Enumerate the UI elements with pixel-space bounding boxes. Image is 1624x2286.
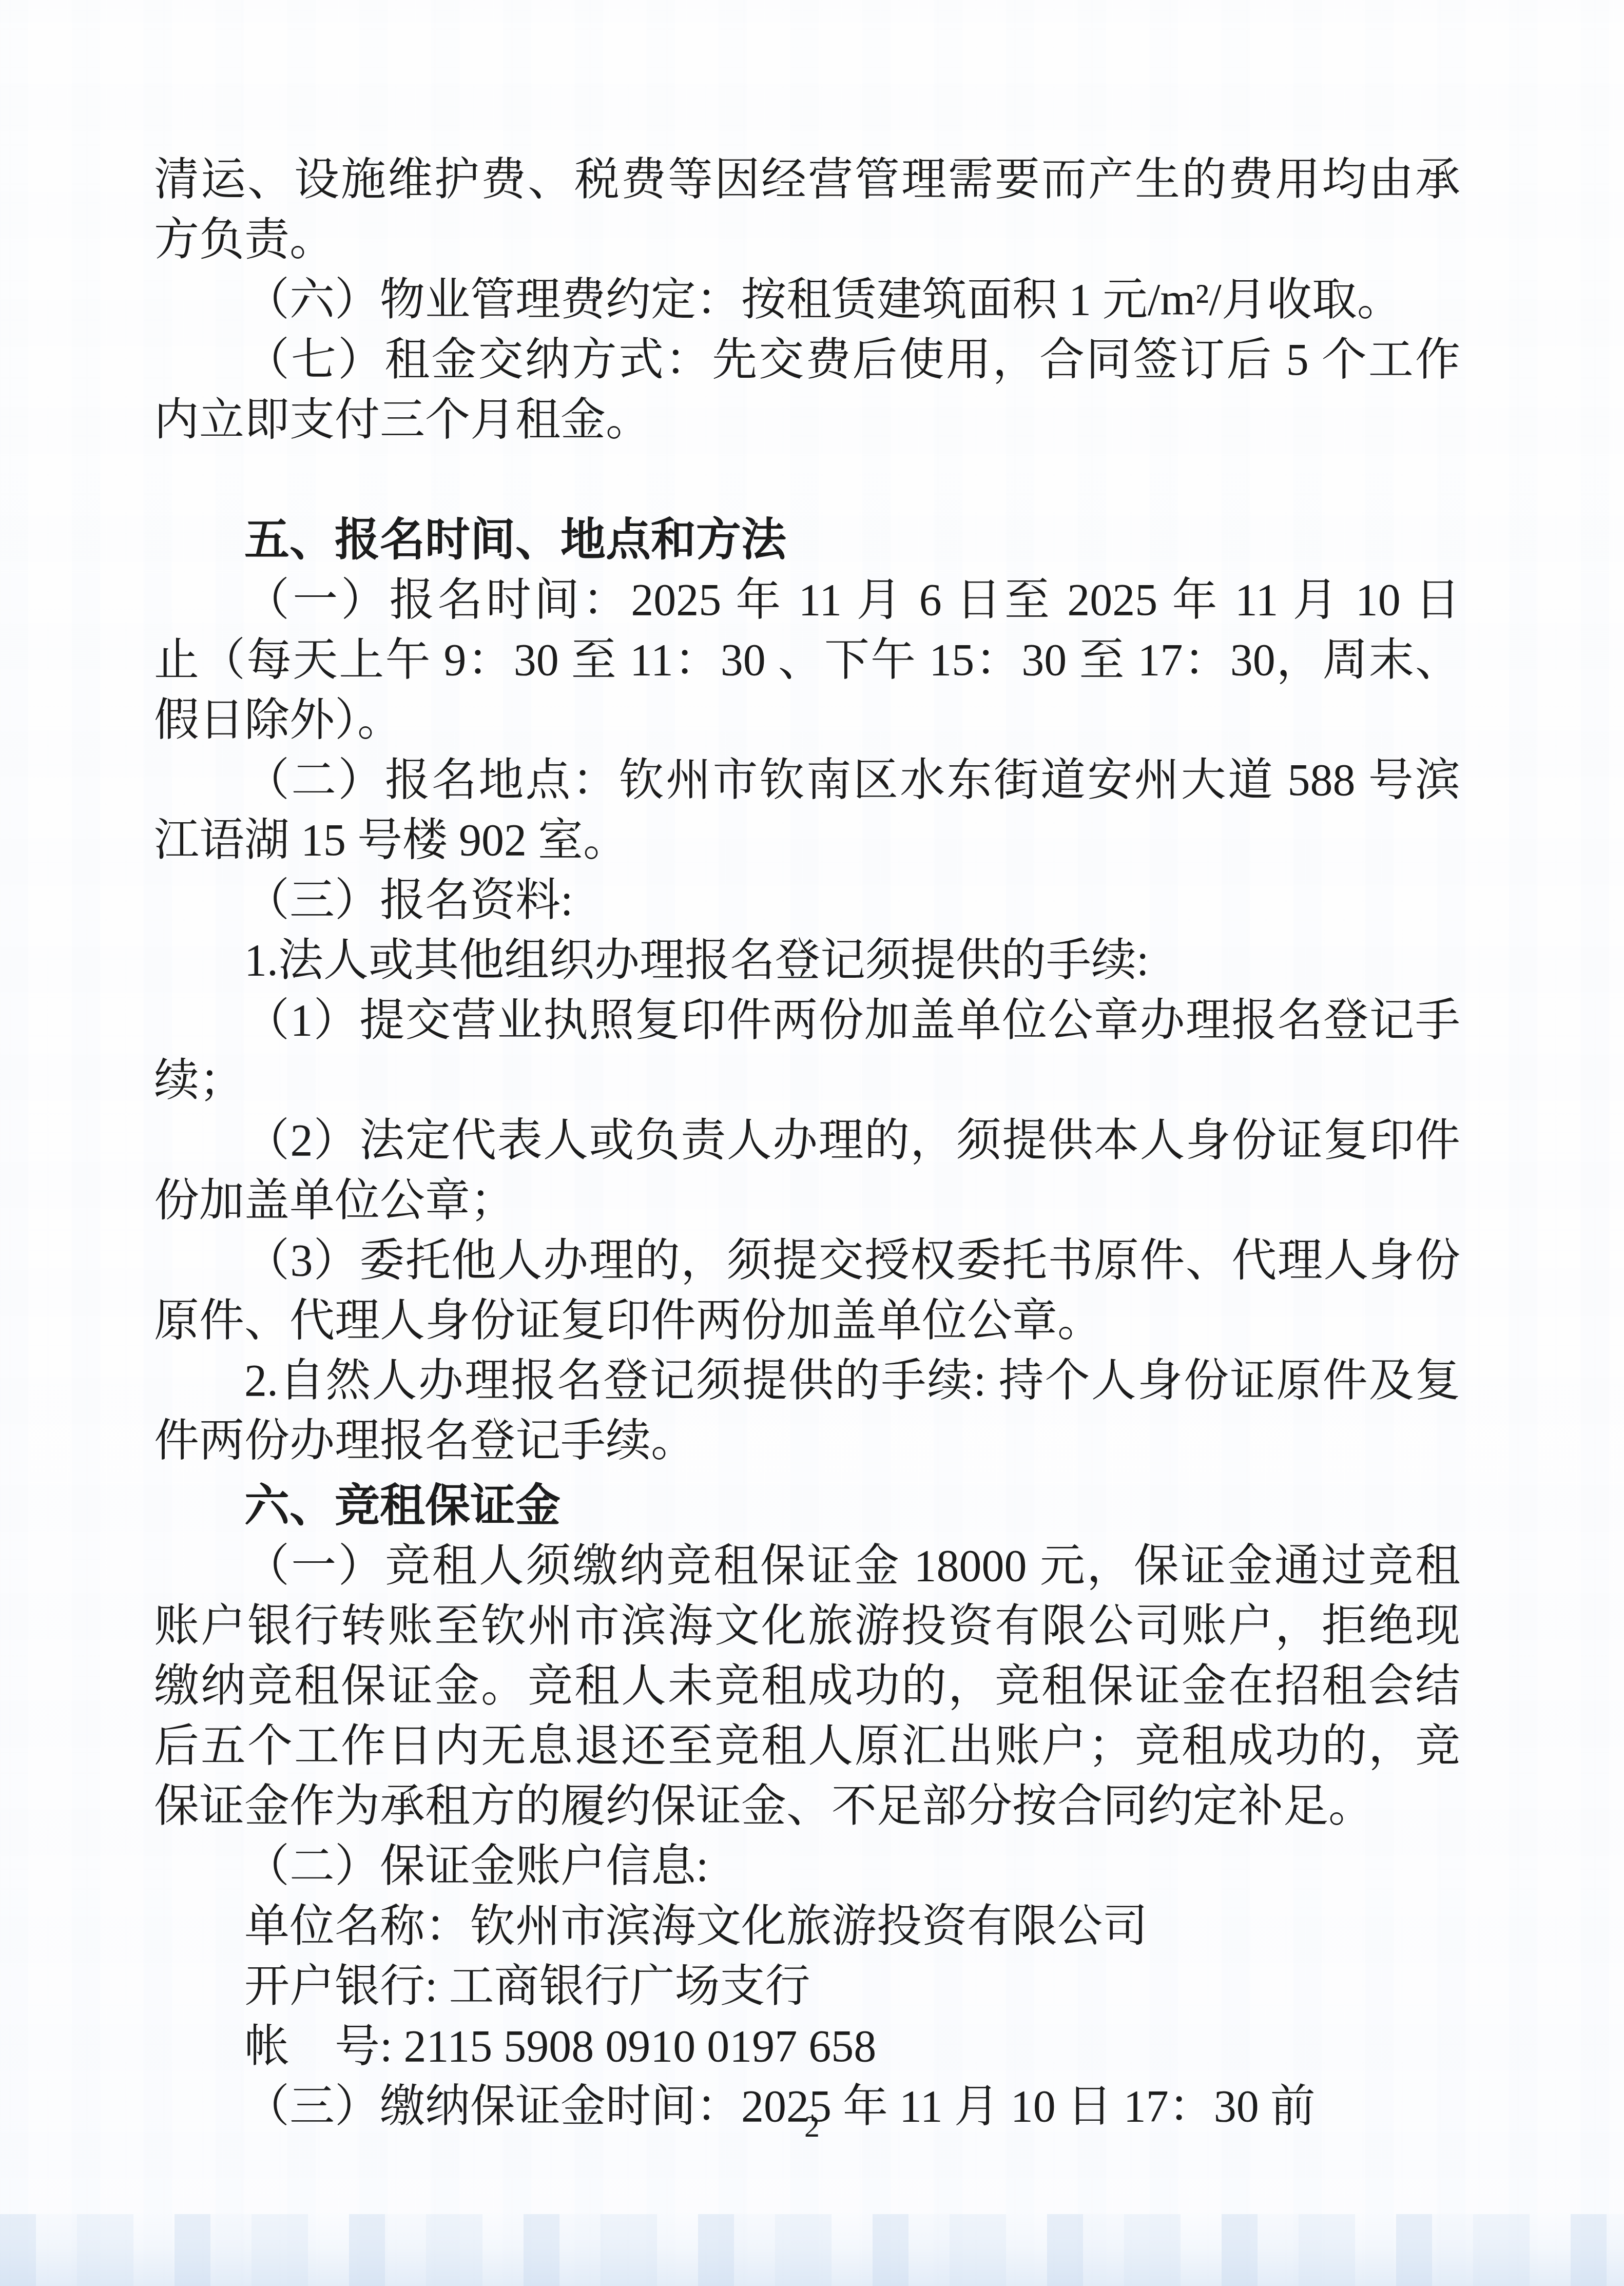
text-line: 止（每天上午 9：30 至 11：30 、下午 15：30 至 17：30，周末… (154, 630, 1460, 690)
text-line: 原件、代理人身份证复印件两份加盖单位公章。 (154, 1291, 1460, 1351)
text-line: 续； (154, 1051, 1460, 1111)
text-line: （2）法定代表人或负责人办理的，须提供本人身份证复印件两 (154, 1111, 1460, 1171)
scan-bottom-edge-artifact (0, 2214, 1624, 2286)
text-line: （一）报名时间：2025 年 11 月 6 日至 2025 年 11 月 10 … (154, 570, 1460, 630)
deposit-bank-line: 开户银行: 工商银行广场支行 (154, 1956, 1460, 2017)
text-line: （1）提交营业执照复印件两份加盖单位公章办理报名登记手 (154, 991, 1460, 1051)
text-line: （二）保证金账户信息: (154, 1836, 1460, 1896)
deposit-account-name-line: 单位名称：钦州市滨海文化旅游投资有限公司 (154, 1896, 1460, 1956)
text-line: 假日除外）。 (154, 690, 1460, 750)
document-body: 清运、设施维护费、税费等因经营管理需要而产生的费用均由承租 方负责。 （六）物业… (154, 150, 1460, 2137)
section-heading-deposit: 六、竞租保证金 (154, 1476, 1460, 1536)
text-line: 2.自然人办理报名登记须提供的手续: 持个人身份证原件及复印 (154, 1351, 1460, 1411)
document-page: 清运、设施维护费、税费等因经营管理需要而产生的费用均由承租 方负责。 （六）物业… (0, 0, 1624, 2286)
text-line: 件两份办理报名登记手续。 (154, 1411, 1460, 1471)
text-line: 江语湖 15 号楼 902 室。 (154, 810, 1460, 870)
text-line: 方负责。 (154, 210, 1460, 270)
text-line: 保证金作为承租方的履约保证金、不足部分按合同约定补足。 (154, 1776, 1460, 1836)
text-line: 份加盖单位公章； (154, 1171, 1460, 1231)
text-line: 清运、设施维护费、税费等因经营管理需要而产生的费用均由承租 (154, 150, 1460, 210)
text-line: （六）物业管理费约定：按租赁建筑面积 1 元/m²/月收取。 (154, 270, 1460, 330)
text-line: （3）委托他人办理的，须提交授权委托书原件、代理人身份证 (154, 1231, 1460, 1291)
section-heading-registration: 五、报名时间、地点和方法 (154, 510, 1460, 570)
text-line: （七）租金交纳方式：先交费后使用，合同签订后 5 个工作日 (154, 330, 1460, 390)
deposit-account-number-line: 帐 号: 2115 5908 0910 0197 658 (154, 2017, 1460, 2077)
text-line: （一）竞租人须缴纳竞租保证金 18000 元，保证金通过竞租人 (154, 1536, 1460, 1596)
text-line: 1.法人或其他组织办理报名登记须提供的手续: (154, 931, 1460, 991)
text-line: 内立即支付三个月租金。 (154, 390, 1460, 450)
text-line: 缴纳竞租保证金。竞租人未竞租成功的，竞租保证金在招租会结束 (154, 1656, 1460, 1716)
page-number: 2 (0, 2108, 1624, 2144)
text-line: （二）报名地点：钦州市钦南区水东街道安州大道 588 号滨海 (154, 750, 1460, 810)
text-line: 账户银行转账至钦州市滨海文化旅游投资有限公司账户，拒绝现金 (154, 1596, 1460, 1656)
text-line: （三）报名资料: (154, 870, 1460, 931)
text-line: 后五个工作日内无息退还至竞租人原汇出账户；竞租成功的，竞租 (154, 1716, 1460, 1776)
